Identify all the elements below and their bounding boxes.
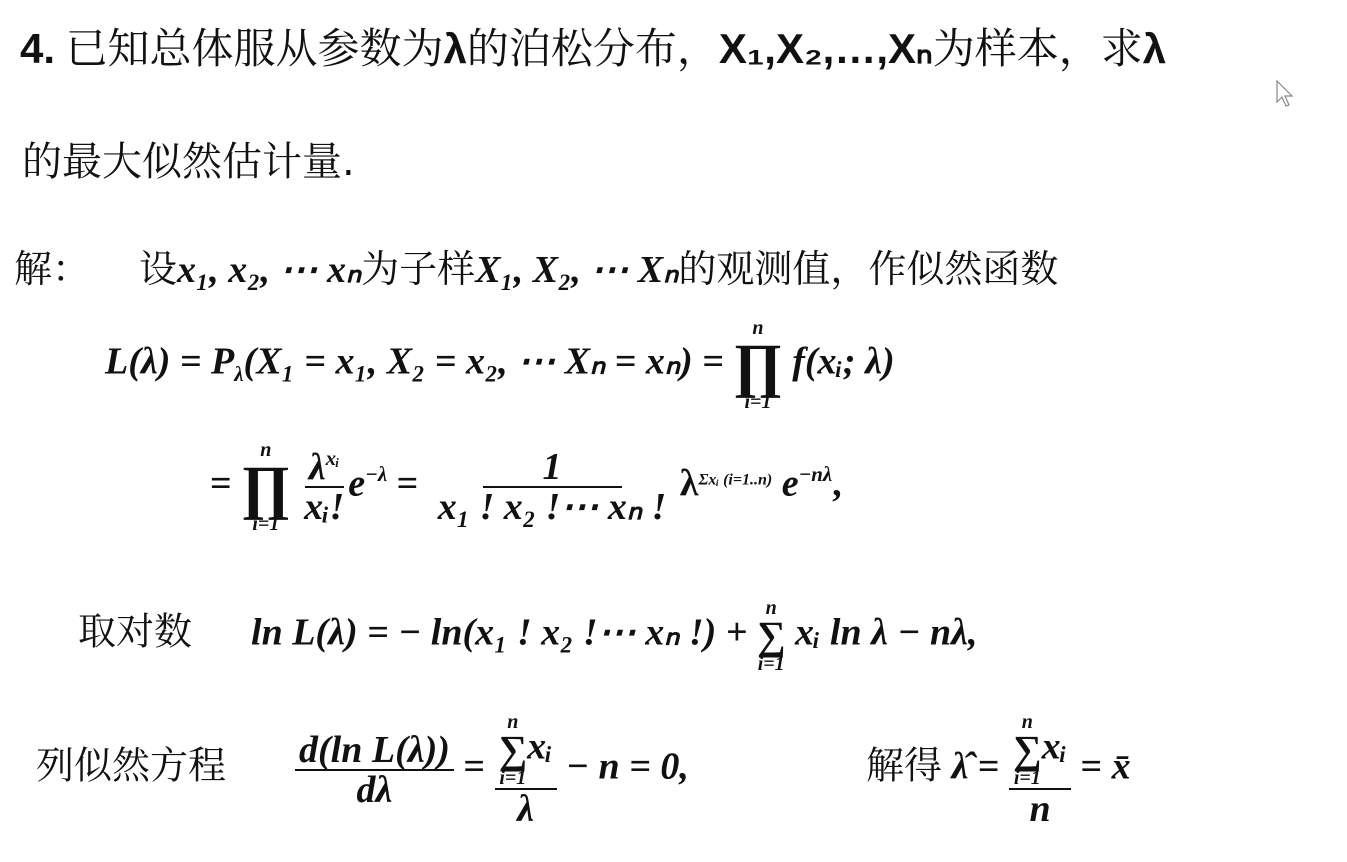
comma: , xyxy=(832,463,842,505)
sum-symbol: ∑ xyxy=(757,618,786,654)
exp-sup-2: −nλ xyxy=(799,462,833,486)
exp-e-2: e xyxy=(782,463,799,505)
sum-term: xᵢ xyxy=(1042,726,1067,768)
sum-lower: i=1 xyxy=(499,768,526,788)
exp-sup: −λ xyxy=(365,462,387,486)
lambda-symbol-2: λ xyxy=(1143,25,1166,72)
sum-lower: i=1 xyxy=(1014,768,1041,788)
arrow-pointer-icon xyxy=(1276,80,1294,108)
num-sup: xᵢ xyxy=(326,446,340,470)
exp-e: e xyxy=(348,463,365,505)
product-operator-2: n ∏ i=1 xyxy=(241,440,290,534)
problem-line-1: 4. 已知总体服从参数为λ的泊松分布，X₁,X₂,…,Xₙ为样本，求λ xyxy=(20,22,1166,77)
equals-2: = xyxy=(397,463,419,505)
solution-intro: 解： 设x₁, x₂, ⋯ xₙ为子样X₁, X₂, ⋯ Xₙ的观测值，作似然函… xyxy=(14,242,1058,297)
equals-3: = xyxy=(463,746,485,788)
num-lambda: λ xyxy=(309,446,326,488)
product-operator: n ∏ i=1 xyxy=(733,318,782,412)
sum-symbol: ∑ xyxy=(499,732,528,768)
log-eq-a: ln L(λ) = − ln(x₁ ! x₂ !⋯ xₙ !) + xyxy=(251,612,747,654)
equals-5: = xyxy=(1081,746,1103,788)
problem-line-2: 的最大似然估计量. xyxy=(22,135,355,189)
sample-vars: X₁,X₂,…,Xₙ xyxy=(719,25,933,72)
lambda-power-sup: Σxᵢ (i=1..n) xyxy=(698,472,772,489)
equals-4: = xyxy=(978,746,1000,788)
likelihood-mid: (X₁ = x₁, X₂ = x₂, ⋯ Xₙ = xₙ) = xyxy=(244,341,724,383)
prod-lower: i=1 xyxy=(745,392,772,412)
lambda-den: λ xyxy=(513,790,538,828)
sum-over-lambda: n∑i=1xᵢ λ xyxy=(495,712,557,828)
eqn-label: 列似然方程 xyxy=(36,744,226,788)
sum-term: xᵢ xyxy=(527,726,552,768)
equals: = xyxy=(210,463,232,505)
intro-text-c: 的观测值，作似然函数 xyxy=(678,247,1058,291)
frac-den: x₁ ! x₂ !⋯ xₙ ! xyxy=(434,488,671,526)
log-likelihood: 取对数 ln L(λ) = − ln(x₁ ! x₂ !⋯ xₙ !) + n … xyxy=(78,598,977,674)
likelihood-rhs: f(xᵢ; λ) xyxy=(792,341,894,383)
n-den: n xyxy=(1025,790,1054,828)
poisson-fraction: λxᵢ xᵢ! xyxy=(300,448,348,527)
observed-values: x₁, x₂, ⋯ xₙ xyxy=(177,249,361,291)
den-factorial: xᵢ! xyxy=(300,488,348,526)
log-label: 取对数 xyxy=(78,610,192,654)
lambda-hat: λ̂ xyxy=(952,746,969,788)
intro-text-a: 设 xyxy=(139,247,177,291)
log-eq-b: xᵢ ln λ − nλ, xyxy=(795,612,978,654)
factorial-fraction: 1 x₁ ! x₂ !⋯ xₙ ! xyxy=(434,448,671,526)
lambda-power: λ xyxy=(680,463,699,505)
derivative-fraction: d(ln L(λ)) dλ xyxy=(295,731,454,809)
deriv-num: d(ln L(λ)) xyxy=(295,731,454,771)
sample-vars-italic: X₁, X₂, ⋯ Xₙ xyxy=(475,249,678,291)
prod-symbol: ∏ xyxy=(241,460,290,514)
solution-label: 解： xyxy=(14,247,90,291)
p-subscript: λ xyxy=(234,362,243,386)
prod-lower: i=1 xyxy=(252,514,279,534)
result-label: 解得 xyxy=(866,744,942,788)
likelihood-equation: L(λ) = Pλ(X₁ = x₁, X₂ = x₂, ⋯ Xₙ = xₙ) =… xyxy=(105,318,895,412)
deriv-den: dλ xyxy=(353,771,397,809)
eqn-tail: − n = 0, xyxy=(566,746,689,788)
sum-lower: i=1 xyxy=(758,654,785,674)
problem-number: 4. xyxy=(20,25,55,72)
problem-text-1: 已知总体服从参数为 xyxy=(66,24,444,73)
sample-mean: x̄ xyxy=(1112,746,1131,788)
likelihood-expansion: = n ∏ i=1 λxᵢ xᵢ! e−λ = 1 x₁ ! x₂ !⋯ xₙ … xyxy=(210,440,842,534)
frac-one: 1 xyxy=(483,448,622,488)
mean-fraction: n∑i=1xᵢ n xyxy=(1009,712,1071,828)
prod-symbol: ∏ xyxy=(733,338,782,392)
problem-text-3: 为样本，求 xyxy=(933,24,1143,73)
likelihood-equation-derivative: 列似然方程 d(ln L(λ)) dλ = n∑i=1xᵢ λ − n = 0, xyxy=(36,712,689,828)
sum-symbol: ∑ xyxy=(1013,732,1042,768)
mle-result: 解得 λ̂ = n∑i=1xᵢ n = x̄ xyxy=(866,712,1131,828)
problem-text-2: 的泊松分布， xyxy=(467,24,719,73)
sum-operator: n ∑ i=1 xyxy=(757,598,786,674)
lambda-symbol: λ xyxy=(444,25,467,72)
intro-text-b: 为子样 xyxy=(361,247,475,291)
likelihood-lhs: L(λ) = P xyxy=(105,341,234,383)
